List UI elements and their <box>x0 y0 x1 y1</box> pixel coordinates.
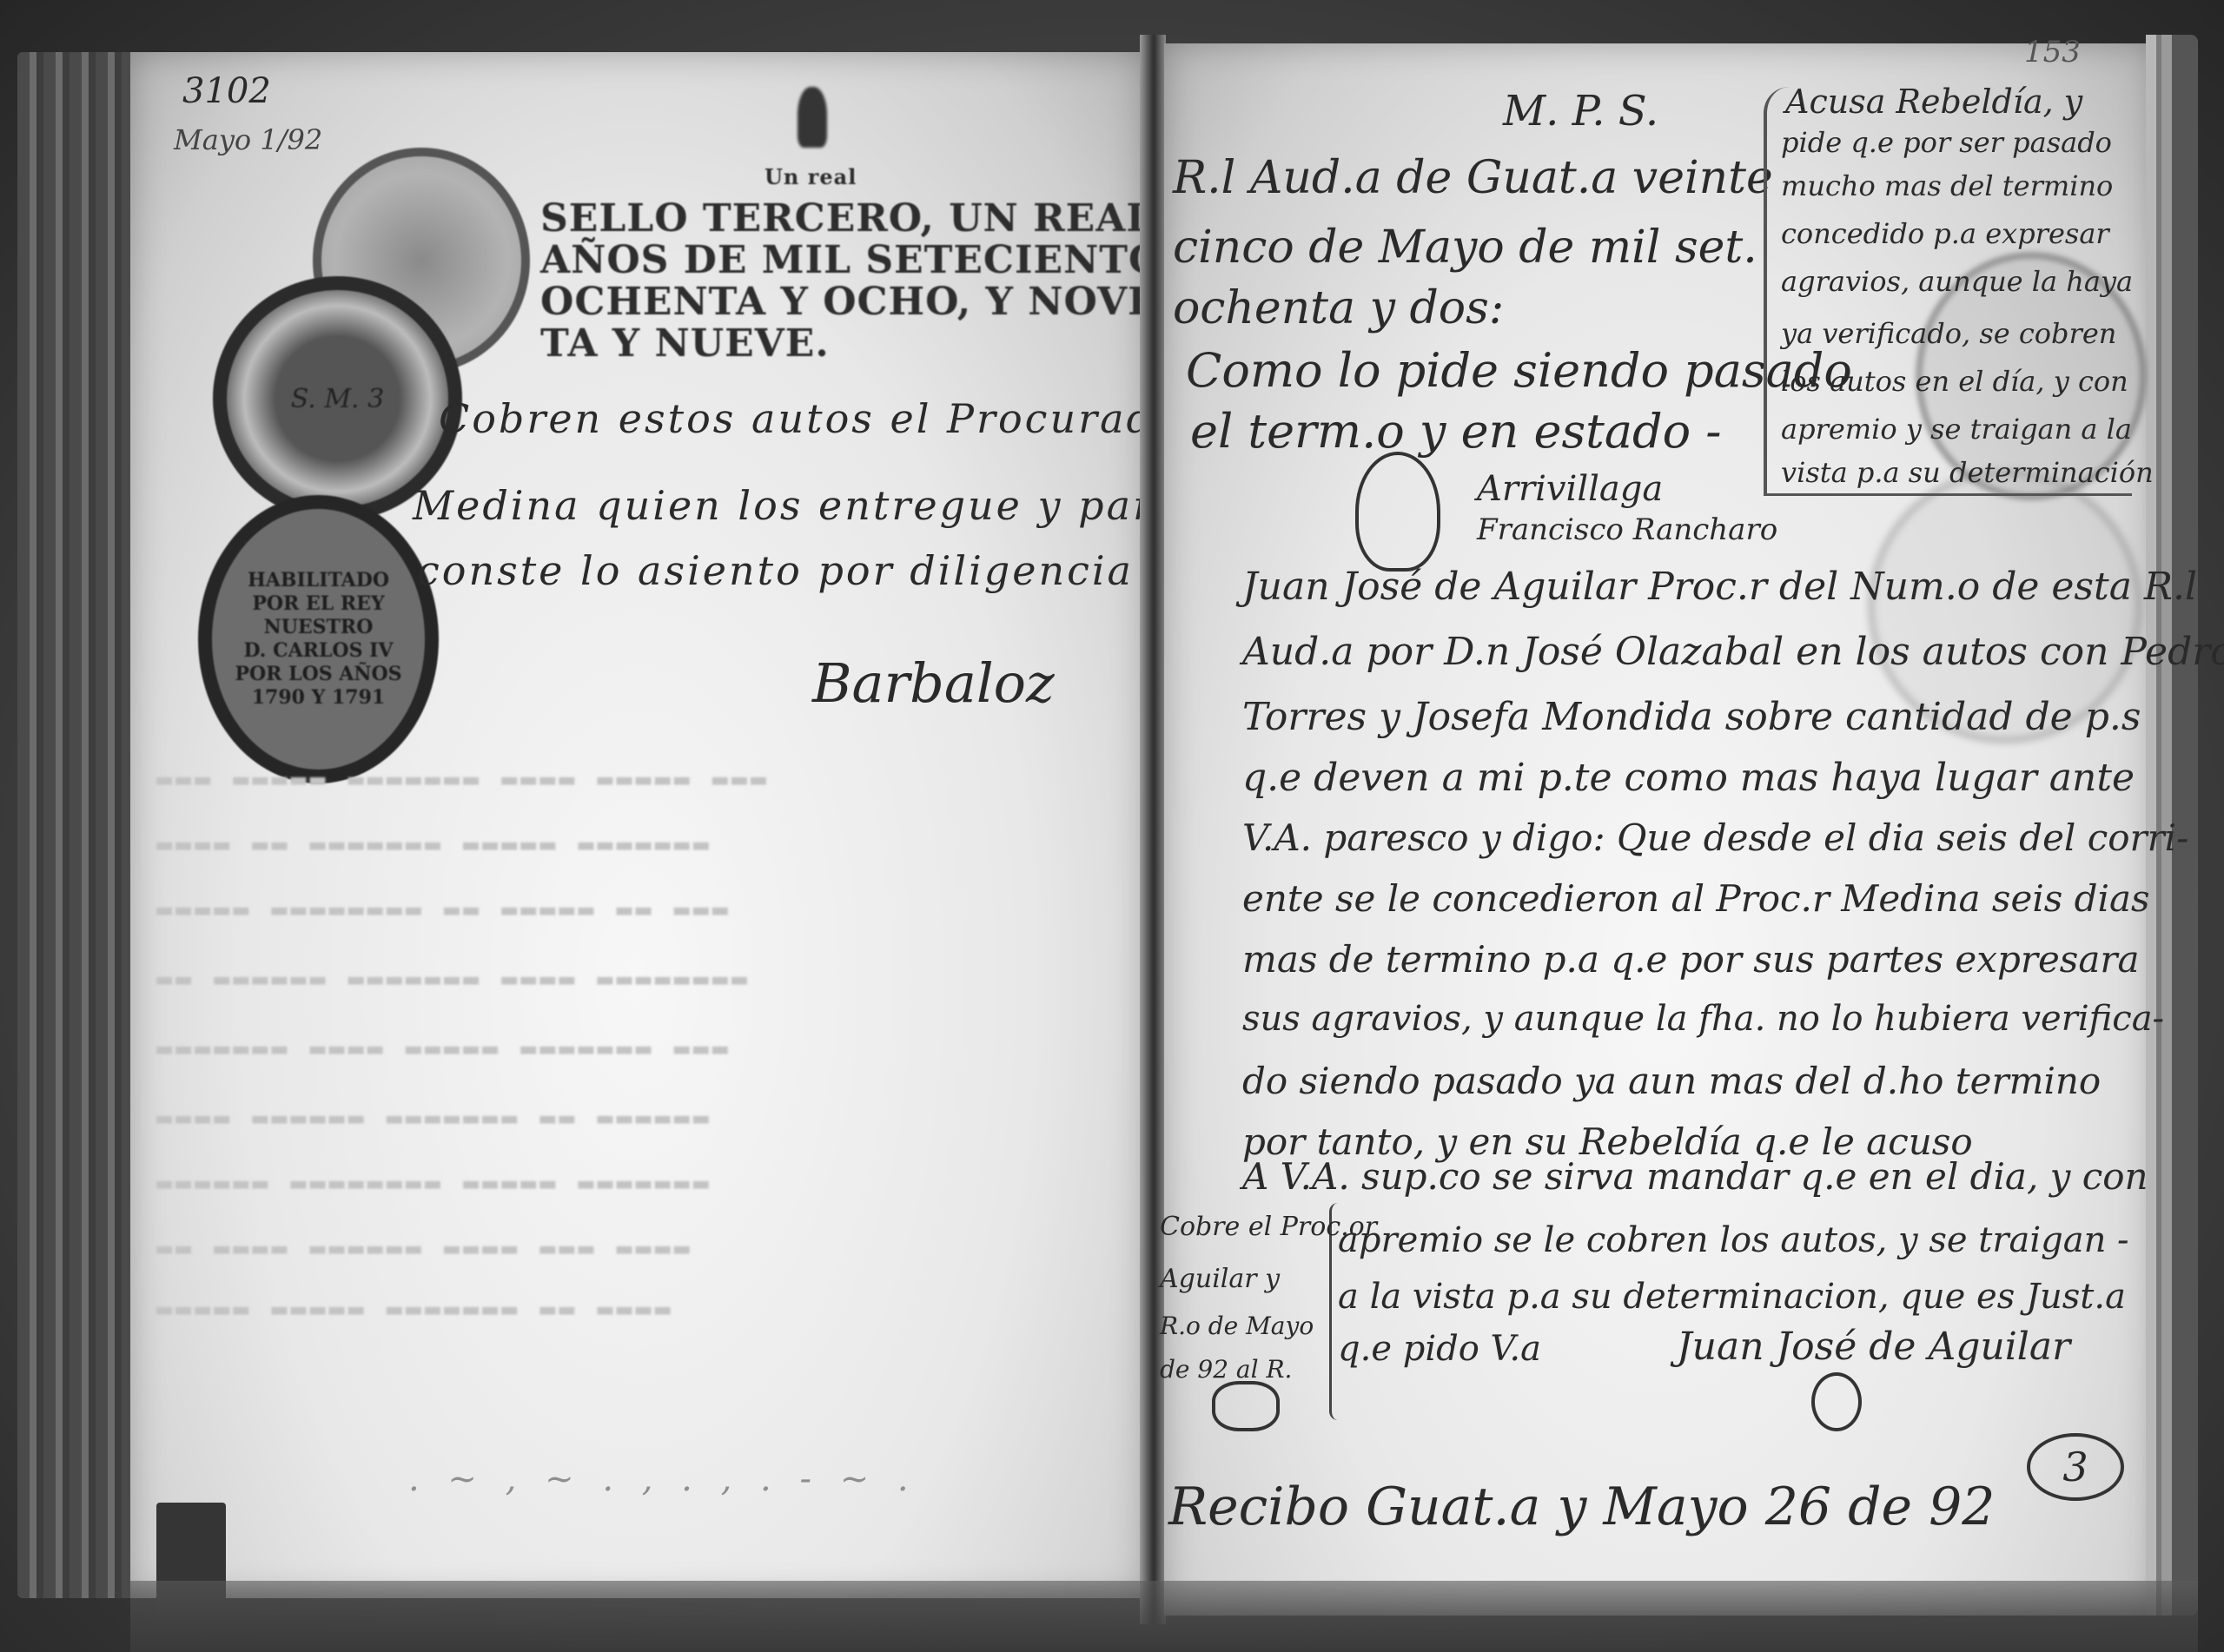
margin-note-line: ya verificado, se cobren <box>1781 317 2116 350</box>
prayer-line: apremio se le cobren los autos, y se tra… <box>1338 1220 2129 1260</box>
microfilm-scan: 3102 Mayo 1/92 Un real Sello tercero, un… <box>0 0 2224 1652</box>
clerk-rubric-icon <box>1212 1381 1280 1431</box>
petition-line: mas de termino p.a q.e por sus partes ex… <box>1242 938 2140 981</box>
closing-signature: Juan José de Aguilar <box>1677 1325 2070 1369</box>
margin-note-line: agravios, aunque la haya <box>1781 265 2133 298</box>
rubric-signature: Francisco Rancharo <box>1477 512 1777 547</box>
margin-note-line: Acusa Rebeldía, y <box>1785 83 2082 121</box>
prayer-line: A V.A. sup.co se sirva mandar q.e en el … <box>1242 1155 2148 1198</box>
prayer-line: q.e pido V.a <box>1338 1329 1541 1369</box>
left-margin-note-line: R.o de Mayo <box>1160 1312 1314 1340</box>
petition-line: Aud.a por D.n José Olazabal en los autos… <box>1242 630 2224 674</box>
margin-note-line: apremio y se traigan a la <box>1781 413 2132 446</box>
left-folio-number: 3102 <box>182 71 271 111</box>
left-handwritten-line-1: Cobren estos autos el Procurador <box>439 395 1203 442</box>
footer-receipt-line: Recibo Guat.a y Mayo 26 de 92 <box>1168 1477 1995 1537</box>
printed-header-line-2: Años de mil setecientos <box>540 240 1191 281</box>
circled-number-text: 3 <box>2062 1444 2088 1490</box>
margin-note-line: vista p.a su determinación <box>1781 456 2154 489</box>
signature-flourish-icon <box>1811 1372 1862 1431</box>
scan-bottom-shadow <box>130 1581 2198 1652</box>
left-corner-note: Mayo 1/92 <box>174 123 322 156</box>
bleedthrough-row: ▬▬▬ ▬▬▬▬▬ ▬▬▬▬▬▬▬ ▬▬▬▬ ▬▬▬▬▬ ▬▬▬ <box>156 764 770 795</box>
margin-note-line: los autos en el día, y con <box>1781 365 2128 398</box>
bleedthrough-row: ▬▬▬▬▬▬ ▬▬▬▬▬▬▬▬ ▬▬▬▬▬ ▬▬▬▬▬▬▬ <box>156 1168 712 1199</box>
bleedthrough-row: ▬▬ ▬▬▬▬▬▬ ▬▬▬▬▬▬▬ ▬▬▬▬ ▬▬▬▬▬▬▬▬ <box>156 964 751 995</box>
opening-line-2: cinco de Mayo de mil set. <box>1173 221 1757 274</box>
opening-line-5: el term.o y en estado - <box>1190 404 1722 459</box>
opening-line-1: R.l Aud.a de Guat.a veinte <box>1173 152 1773 204</box>
circled-folio-number: 3 <box>2027 1433 2124 1501</box>
petition-line: do siendo pasado ya aun mas del d.ho ter… <box>1242 1060 2101 1102</box>
seal-text-line: por los años <box>235 663 401 686</box>
rubric-signature: Arrivillaga <box>1477 469 1663 509</box>
printed-header-line-4: ta y nueve. <box>540 323 830 365</box>
seal-text-line: 1790 y 1791 <box>235 686 401 710</box>
petition-line: sus agravios, y aunque la fha. no lo hub… <box>1242 999 2164 1039</box>
petition-line: q.e deven a mi p.te como mas haya lugar … <box>1242 756 2135 800</box>
left-margin-note-line: Aguilar y <box>1160 1264 1280 1294</box>
printed-header-line-1: Sello tercero, un real <box>540 198 1154 240</box>
prayer-line: a la vista p.a su determinacion, que es … <box>1338 1277 2126 1317</box>
seal-text-line: Habilitado <box>235 569 401 592</box>
seal-text-line: por el Rey <box>235 592 401 616</box>
petition-line: Torres y Josefa Mondida sobre cantidad d… <box>1242 695 2141 739</box>
bleedthrough-row: ▬▬▬▬▬▬▬ ▬▬▬▬ ▬▬▬▬▬ ▬▬▬▬▬▬▬ ▬▬▬ <box>156 1034 731 1064</box>
left-signature: Barbaloz <box>812 651 1055 715</box>
left-margin-note-line: Cobre el Proc.or <box>1160 1212 1377 1242</box>
stamp-value-label: Un real <box>764 156 857 198</box>
seal-text-line: D. Carlos IV <box>235 639 401 663</box>
petition-line: Juan José de Aguilar Proc.r del Num.o de… <box>1242 565 2197 609</box>
seal-text-line: nuestro <box>235 616 401 639</box>
margin-note-line: concedido p.a expresar <box>1781 217 2109 250</box>
crown-icon <box>798 87 827 148</box>
margin-note-line: mucho mas del termino <box>1781 169 2113 202</box>
rubric-flourish-icon <box>1355 452 1440 572</box>
petition-line: V.A. paresco y digo: Que desde el dia se… <box>1242 816 2188 859</box>
opening-line-3: ochenta y dos: <box>1173 282 1504 334</box>
heading-note: M. P. S. <box>1503 87 1658 135</box>
opening-line-4: Como lo pide siendo pasado <box>1186 343 1852 398</box>
bleedthrough-row: ▬▬▬▬▬ ▬▬▬▬▬▬▬▬ ▬▬ ▬▬▬▬▬ ▬▬ ▬▬▬ <box>156 895 731 925</box>
left-margin-note-line: de 92 al R. <box>1160 1355 1292 1384</box>
bleedthrough-row: ▬▬▬▬▬ ▬▬▬▬▬ ▬▬▬▬▬▬▬ ▬▬ ▬▬▬▬ <box>156 1294 674 1325</box>
printed-header-line-3: ochenta y ocho, y noven- <box>540 281 1210 323</box>
book-gutter <box>1140 35 1166 1624</box>
seal-middle-text: S. M. 3 <box>291 384 384 414</box>
petition-line: ente se le concedieron al Proc.r Medina … <box>1242 877 2150 920</box>
bleedthrough-row: ▬▬▬▬ ▬▬ ▬▬▬▬▬▬▬ ▬▬▬▬▬ ▬▬▬▬▬▬▬ <box>156 829 712 860</box>
bleedthrough-row: ▬▬▬▬ ▬▬▬▬▬▬ ▬▬▬▬▬▬▬ ▬▬ ▬▬▬▬▬▬ <box>156 1103 712 1133</box>
bleedthrough-row: ▬▬ ▬▬▬▬ ▬▬▬▬▬▬ ▬▬▬▬ ▬▬▬ ▬▬▬▬ <box>156 1233 693 1264</box>
left-bottom-marks: . ~ , ~ . , . , . - ~ . <box>408 1459 917 1499</box>
right-folio-number: 153 <box>2024 35 2081 69</box>
left-handwritten-line-3: conste lo asiento por diligencia <box>417 547 1134 594</box>
habilitation-seal: Habilitado por el Rey nuestro D. Carlos … <box>198 495 439 783</box>
margin-note-line: pide q.e por ser pasado <box>1781 126 2112 159</box>
book-edge-left <box>17 52 148 1598</box>
